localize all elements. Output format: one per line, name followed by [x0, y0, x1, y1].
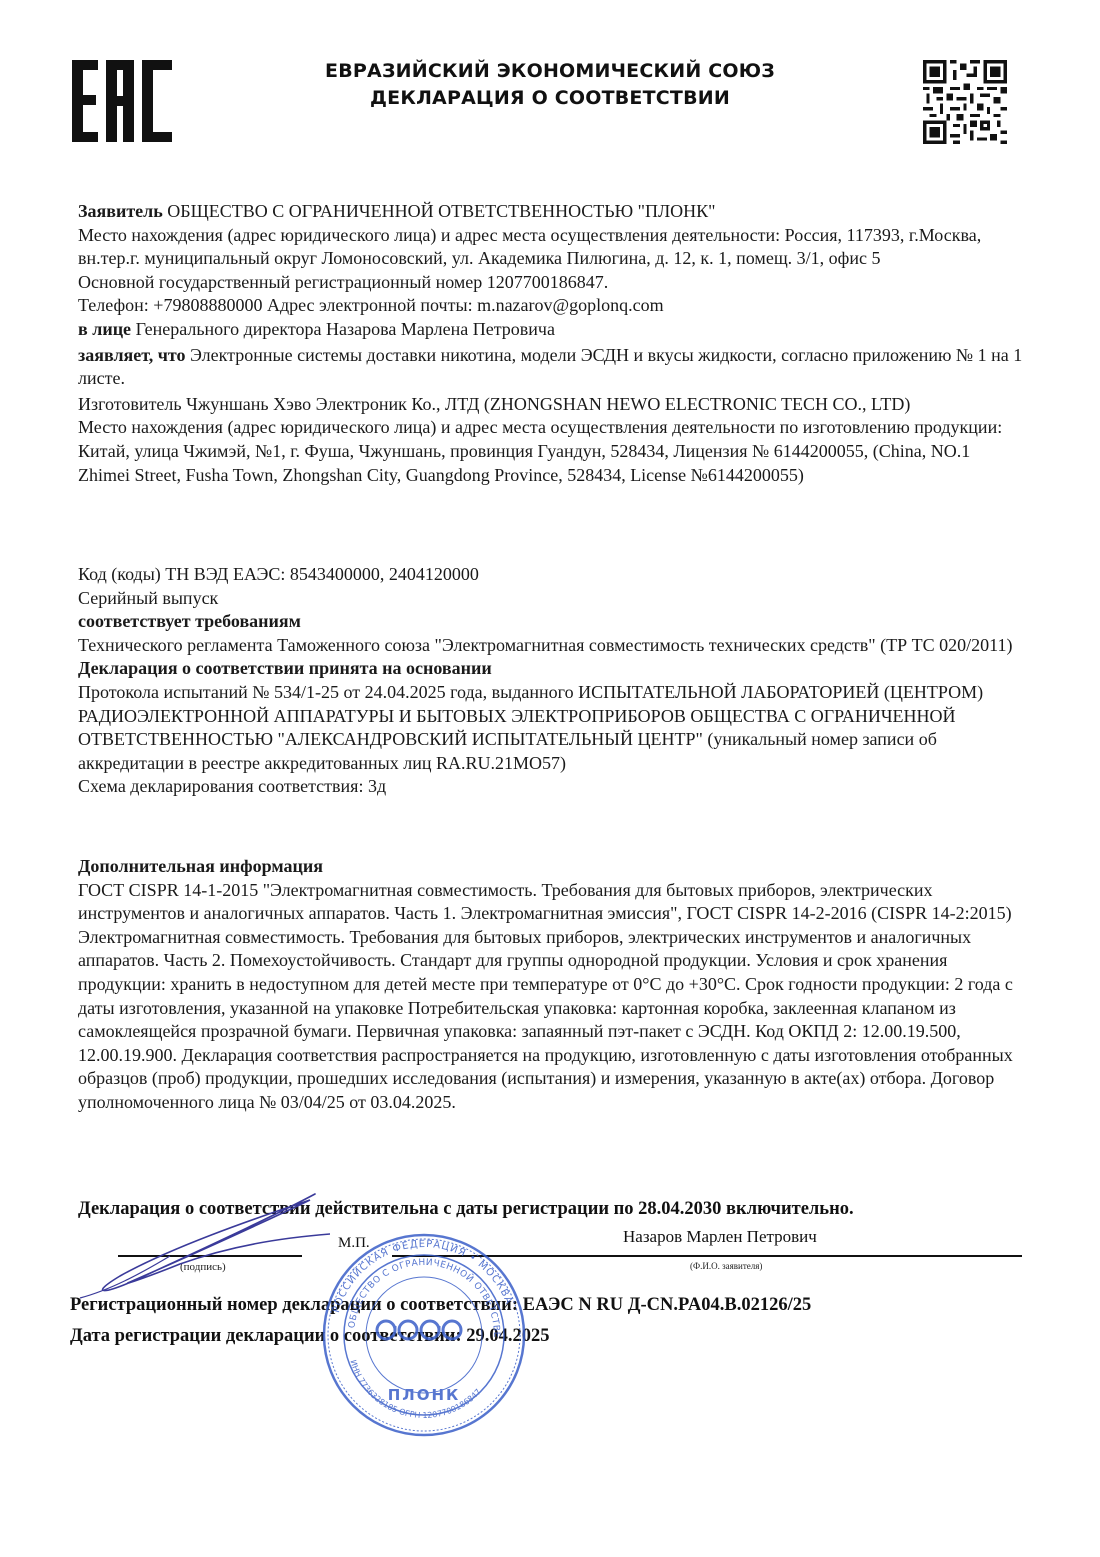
- requirements-text: Технического регламента Таможенного союз…: [78, 634, 1023, 658]
- representative-label: в лице: [78, 319, 131, 339]
- signer-name: Назаров Марлен Петрович: [623, 1227, 817, 1247]
- applicant-address: Место нахождения (адрес юридического лиц…: [78, 224, 1023, 271]
- declares-label: заявляет, что: [78, 345, 186, 365]
- name-caption: (Ф.И.О. заявителя): [690, 1261, 762, 1271]
- declaration-page: ЕВРАЗИЙСКИЙ ЭКОНОМИЧЕСКИЙ СОЮЗ ДЕКЛАРАЦИ…: [0, 0, 1100, 1557]
- requirements-label: соответствует требованиям: [78, 610, 1023, 634]
- declaration-scheme: Схема декларирования соответствия: 3д: [78, 775, 1023, 799]
- representative-name: Генерального директора Назарова Марлена …: [136, 319, 555, 339]
- basis-text: Протокола испытаний № 534/1-25 от 24.04.…: [78, 681, 1023, 775]
- applicant-ogrn: Основной государственный регистрационный…: [78, 271, 1023, 295]
- eac-logo-icon: [70, 58, 174, 144]
- basis-label: Декларация о соответствии принята на осн…: [78, 657, 1023, 681]
- codes-section: Код (коды) ТН ВЭД ЕАЭС: 8543400000, 2404…: [78, 563, 1023, 799]
- additional-section: Дополнительная информация ГОСТ CISPR 14-…: [78, 855, 1023, 1115]
- tn-ved-codes: Код (коды) ТН ВЭД ЕАЭС: 8543400000, 2404…: [78, 563, 1023, 587]
- applicant-contacts: Телефон: +79808880000 Адрес электронной …: [78, 294, 1023, 318]
- applicant-name: ОБЩЕСТВО С ОГРАНИЧЕННОЙ ОТВЕТСТВЕННОСТЬЮ…: [167, 201, 715, 221]
- manufacturer-address: Место нахождения (адрес юридического лиц…: [78, 416, 1023, 487]
- additional-text: ГОСТ CISPR 14-1-2015 "Электромагнитная с…: [78, 879, 1023, 1115]
- applicant-section: Заявитель ОБЩЕСТВО С ОГРАНИЧЕННОЙ ОТВЕТС…: [78, 200, 1023, 487]
- qr-code-icon[interactable]: [922, 60, 1008, 144]
- declares-line: заявляет, что Электронные системы достав…: [78, 344, 1023, 391]
- additional-label: Дополнительная информация: [78, 855, 1023, 879]
- representative-line: в лице Генерального директора Назарова М…: [78, 318, 1023, 342]
- union-title: ЕВРАЗИЙСКИЙ ЭКОНОМИЧЕСКИЙ СОЮЗ: [250, 58, 850, 85]
- page-title: ЕВРАЗИЙСКИЙ ЭКОНОМИЧЕСКИЙ СОЮЗ ДЕКЛАРАЦИ…: [250, 58, 850, 112]
- release-type: Серийный выпуск: [78, 587, 1023, 611]
- applicant-label: Заявитель: [78, 201, 163, 221]
- company-seal-icon: РОССИЙСКАЯ ФЕДЕРАЦИЯ • МОСКВА ОБЩЕСТВО С…: [318, 1232, 530, 1438]
- handwritten-signature-icon: [60, 1190, 330, 1300]
- applicant-line: Заявитель ОБЩЕСТВО С ОГРАНИЧЕННОЙ ОТВЕТС…: [78, 200, 1023, 224]
- seal-center-text: ПЛОНК: [388, 1386, 461, 1404]
- declaration-title: ДЕКЛАРАЦИЯ О СООТВЕТСТВИИ: [250, 85, 850, 112]
- manufacturer-name: Изготовитель Чжуншань Хэво Электроник Ко…: [78, 393, 1023, 417]
- declares-text: Электронные системы доставки никотина, м…: [78, 345, 1022, 389]
